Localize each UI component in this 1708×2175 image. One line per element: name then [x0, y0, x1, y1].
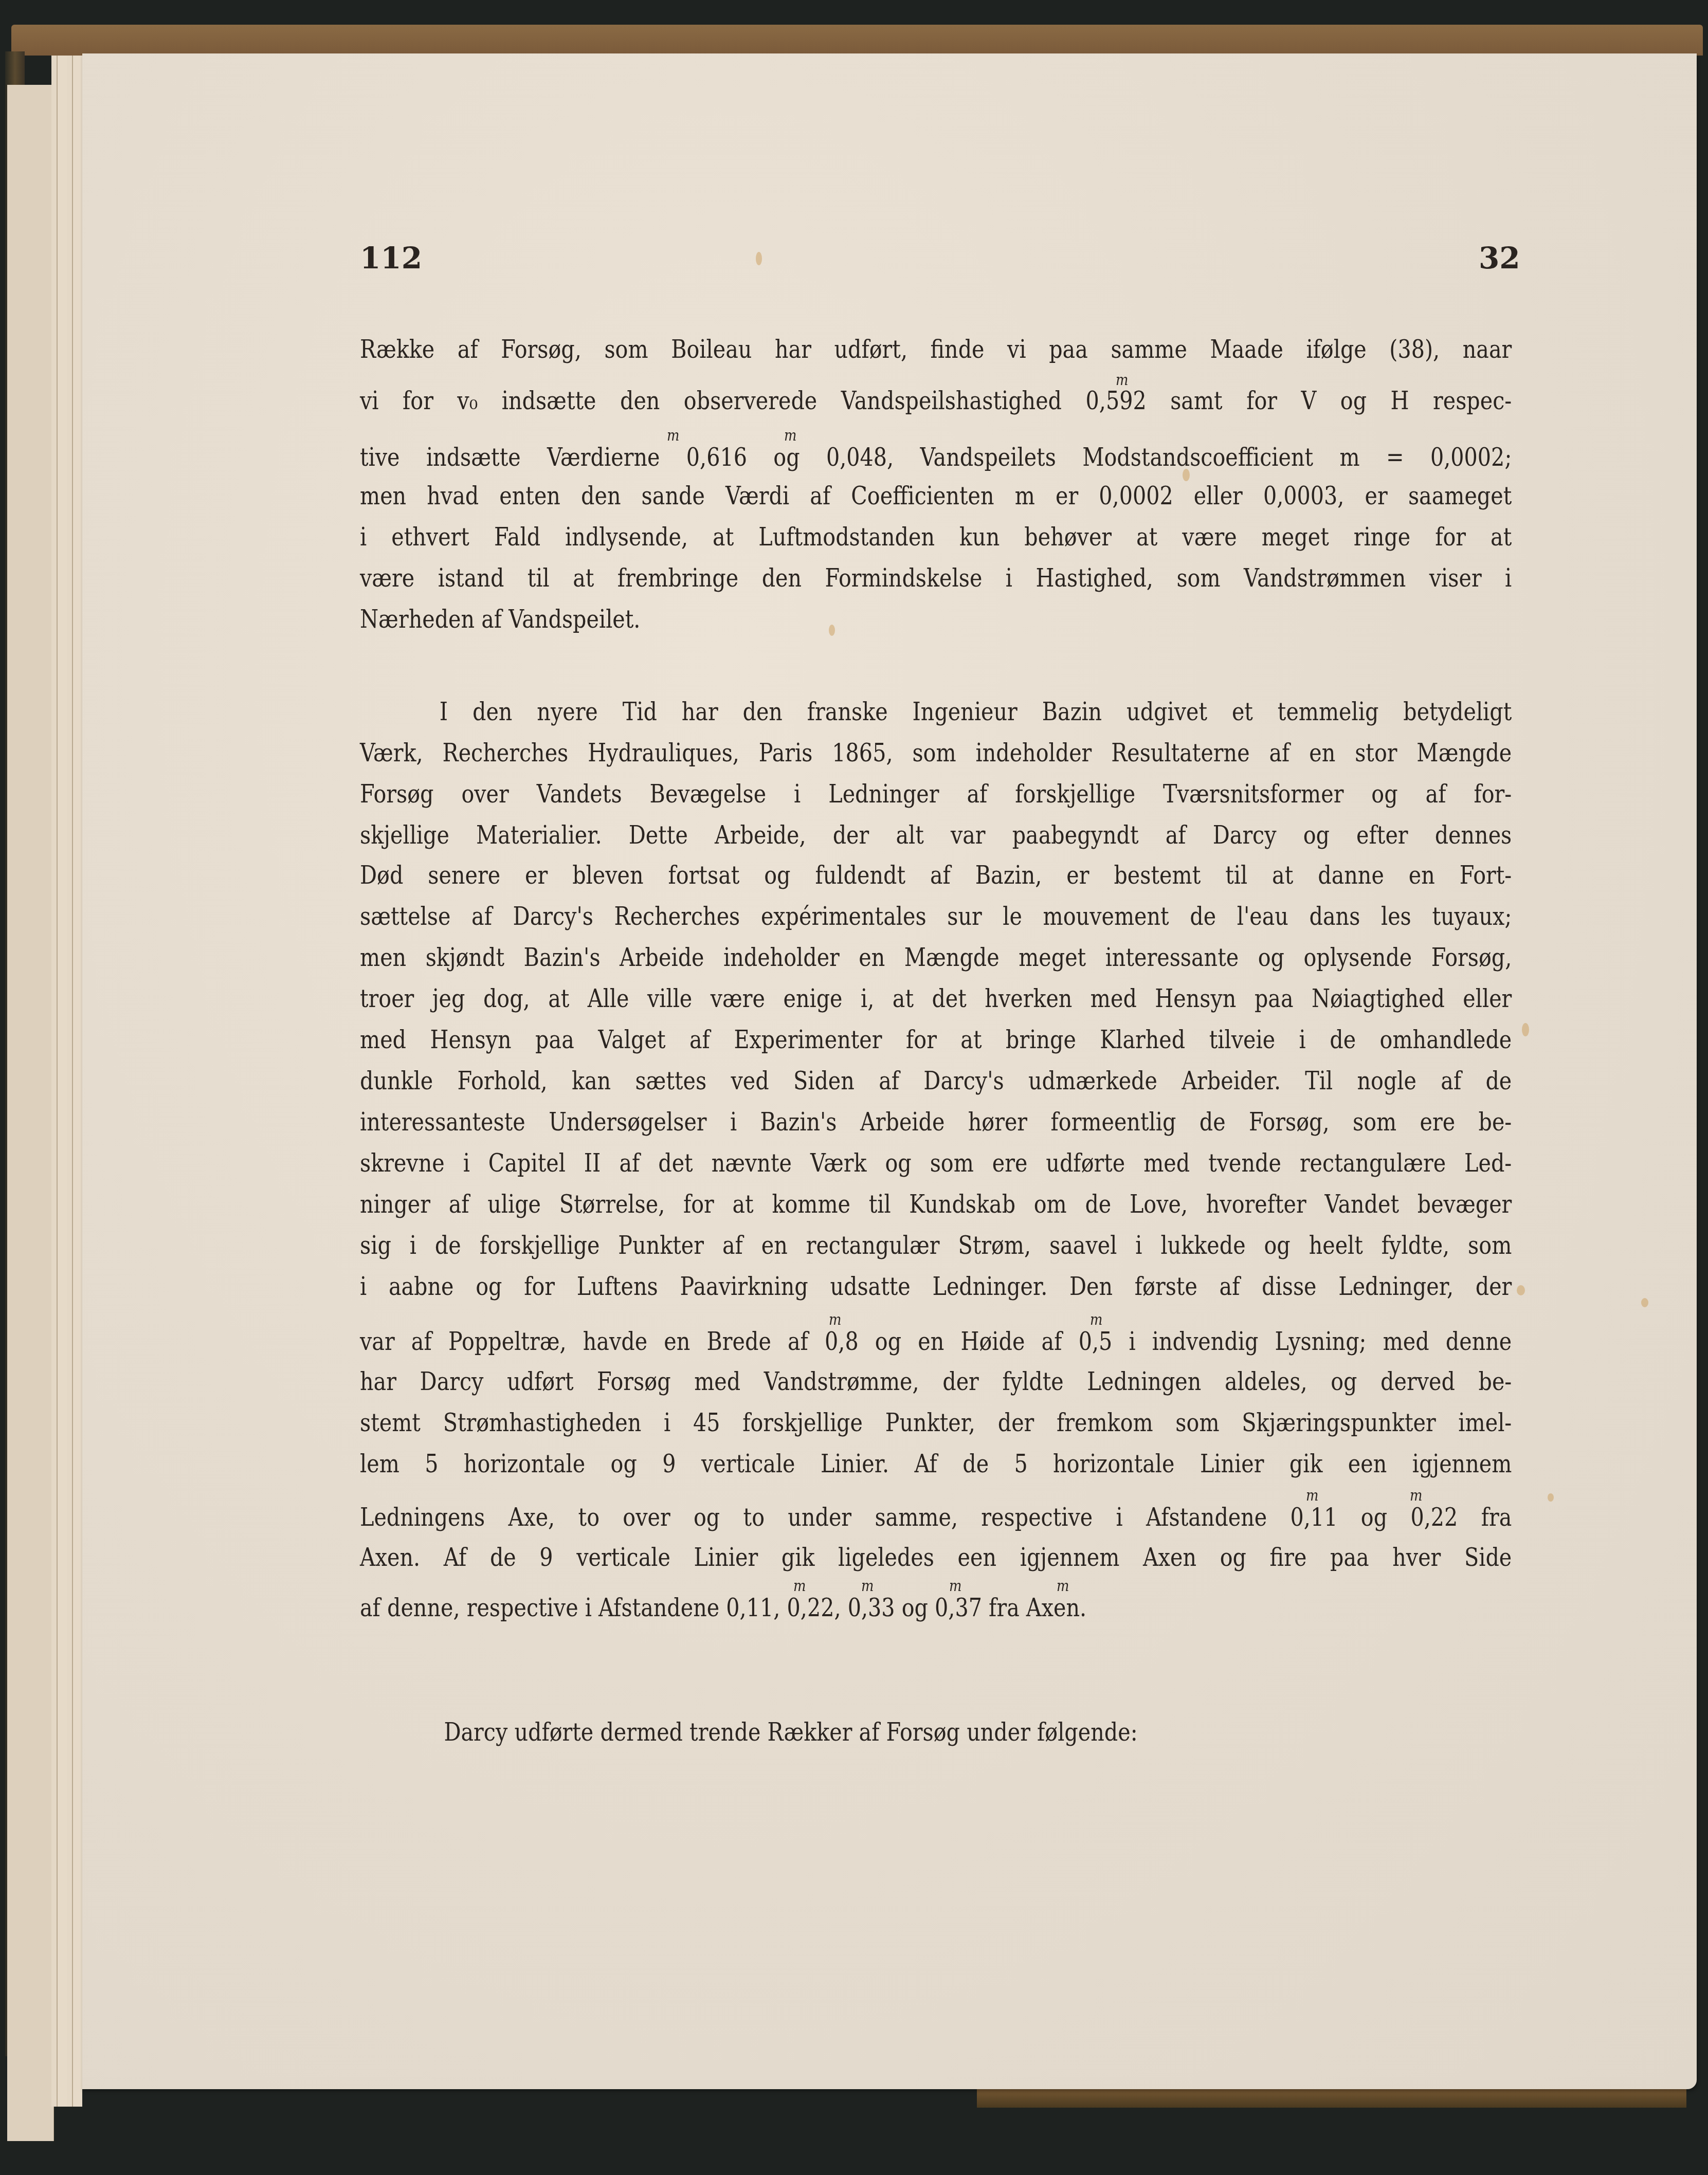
unit-marker-m: m — [1057, 1577, 1069, 1595]
text-line: Død senere er bleven fortsat og fuldendt… — [360, 860, 1512, 891]
text-line: Forsøg over Vandets Bevægelse i Ledninge… — [360, 779, 1512, 810]
text-line: var af Poppeltræ, havde en Brede af 0,8 … — [360, 1326, 1512, 1357]
unit-marker-m: m — [1090, 1311, 1102, 1329]
text-line: interessanteste Undersøgelser i Bazin's … — [360, 1107, 1512, 1138]
book-cover-bottom — [977, 2087, 1686, 2108]
text-line: I den nyere Tid har den franske Ingenieu… — [360, 697, 1512, 727]
text-line: men hvad enten den sande Værdi af Coeffi… — [360, 481, 1512, 511]
text-line: lem 5 horizontale og 9 verticale Linier.… — [360, 1449, 1512, 1479]
previous-page-edge — [7, 85, 54, 2141]
text-line: tive indsætte Værdierne 0,616 og 0,048, … — [360, 442, 1512, 473]
text-line: sig i de forskjellige Punkter af en rect… — [360, 1230, 1512, 1261]
text-line: Ledningens Axe, to over og to under samm… — [360, 1502, 1512, 1533]
foxing-stain — [1641, 1298, 1648, 1307]
text-line: i ethvert Fald indlysende, at Luftmodsta… — [360, 522, 1512, 553]
text-line: Række af Forsøg, som Boileau har udført,… — [360, 334, 1512, 365]
text-line: Axen. Af de 9 verticale Linier gik ligel… — [360, 1542, 1512, 1573]
foxing-stain — [1548, 1493, 1554, 1502]
unit-marker-m: m — [1306, 1487, 1318, 1505]
text-line: Nærheden af Vandspeilet. — [360, 604, 1512, 635]
text-line: troer jeg dog, at Alle ville være enige … — [360, 983, 1512, 1014]
page-number-left: 112 — [360, 241, 422, 276]
text-line: har Darcy udført Forsøg med Vandstrømme,… — [360, 1366, 1512, 1397]
text-line: ninger af ulige Størrelse, for at komme … — [360, 1189, 1512, 1220]
text-line: vi for v₀ indsætte den observerede Vands… — [360, 386, 1512, 416]
text-line: med Hensyn paa Valget af Experimenter fo… — [360, 1025, 1512, 1055]
unit-marker-m: m — [949, 1577, 961, 1595]
text-line: af denne, respective i Afstandene 0,11, … — [360, 1593, 1512, 1623]
foxing-stain — [1183, 469, 1190, 481]
text-line: være istand til at frembringe den Formin… — [360, 563, 1512, 594]
foxing-stain — [756, 252, 762, 265]
text-line: skrevne i Capitel II af det nævnte Værk … — [360, 1148, 1512, 1179]
text-line: dunkle Forhold, kan sættes ved Siden af … — [360, 1066, 1512, 1096]
foxing-stain — [1517, 1285, 1525, 1295]
page-number-right: 32 — [1479, 241, 1520, 276]
unit-marker-m: m — [667, 427, 679, 445]
unit-marker-m: m — [793, 1577, 806, 1595]
unit-marker-m: m — [1410, 1487, 1422, 1505]
unit-marker-m: m — [1116, 371, 1128, 389]
text-line: Darcy udførte dermed trende Rækker af Fo… — [360, 1717, 1512, 1748]
text-line: Værk, Recherches Hydrauliques, Paris 186… — [360, 738, 1512, 769]
text-line: men skjøndt Bazin's Arbeide indeholder e… — [360, 942, 1512, 973]
book-cover-top — [11, 25, 1703, 56]
text-line: sættelse af Darcy's Recherches expérimen… — [360, 901, 1512, 932]
text-line: skjellige Materialier. Dette Arbeide, de… — [360, 820, 1512, 851]
unit-marker-m: m — [784, 427, 796, 445]
foxing-stain — [1522, 1023, 1529, 1036]
unit-marker-m: m — [829, 1311, 841, 1329]
unit-marker-m: m — [861, 1577, 874, 1595]
foxing-stain — [829, 625, 835, 636]
text-line: i aabne og for Luftens Paavirkning udsat… — [360, 1271, 1512, 1302]
text-line: stemt Strømhastigheden i 45 forskjellige… — [360, 1408, 1512, 1438]
page-stack-edges — [51, 56, 82, 2107]
